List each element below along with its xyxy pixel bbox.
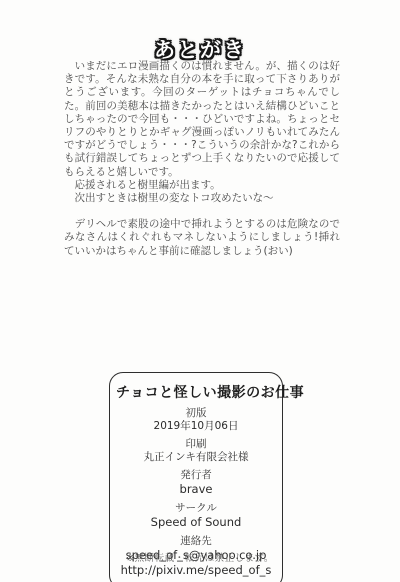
publisher-name: brave	[116, 482, 276, 497]
afterword-page: あとがき いまだにエロ漫画描くのは慣れません。が、描くのは好きです。そんな未熟な…	[0, 0, 400, 582]
colophon-section-edition: 初版 2019年10月06日	[116, 407, 276, 433]
edition-date: 2019年10月06日	[116, 420, 276, 433]
contact-url: http://pixiv.me/speed_of_s	[116, 563, 276, 578]
contact-label: 連絡先	[116, 535, 276, 548]
afterword-paragraph: 応援されると樹里編が出ます。	[64, 179, 340, 192]
colophon-section-printer: 印刷 丸正インキ有限会社様	[116, 438, 276, 464]
afterword-body: いまだにエロ漫画描くのは慣れません。が、描くのは好きです。そんな未熟な自分の本を…	[64, 60, 340, 258]
circle-name: Speed of Sound	[116, 515, 276, 530]
colophon-section-circle: サークル Speed of Sound	[116, 502, 276, 530]
publisher-label: 発行者	[116, 469, 276, 482]
reprint-prohibition-note: ※無断転載・転売は禁止します。	[0, 550, 400, 564]
book-title: チョコと怪しい撮影のお仕事	[116, 382, 276, 402]
circle-label: サークル	[116, 502, 276, 515]
afterword-paragraph: 次出すときは樹里の変なトコ攻めたいな〜	[64, 192, 340, 205]
printer-label: 印刷	[116, 438, 276, 451]
afterword-paragraph: デリヘルで素股の途中で挿れようとするのは危険なのでみなさんはくれぐれもマネしない…	[64, 218, 340, 258]
edition-label: 初版	[116, 407, 276, 420]
printer-name: 丸正インキ有限会社様	[116, 451, 276, 464]
afterword-paragraph: いまだにエロ漫画描くのは慣れません。が、描くのは好きです。そんな未熟な自分の本を…	[64, 60, 340, 179]
colophon-section-publisher: 発行者 brave	[116, 469, 276, 497]
